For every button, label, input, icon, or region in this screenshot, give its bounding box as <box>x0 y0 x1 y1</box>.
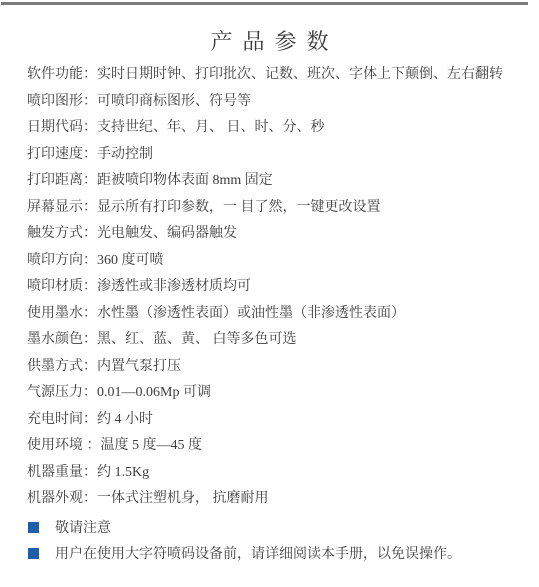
param-row: 使用墨水：水性墨（渗透性表面）或油性墨（非渗透性表面） <box>27 301 539 328</box>
top-border <box>1 2 528 5</box>
param-label: 使用环境 ： <box>27 438 101 453</box>
param-value: 支持世纪、年、月、 日、时、分、秒 <box>97 120 325 135</box>
notice-text: 敬请注意 <box>55 521 111 536</box>
param-row: 屏幕显示：显示所有打印参数，一 目了然，一键更改设置 <box>27 195 539 222</box>
param-value: 0.01—0.06Mp 可调 <box>97 385 211 400</box>
page-title: 产品参数 <box>0 30 539 54</box>
param-value: 黑、红、蓝、黄、 白等多色可选 <box>97 332 297 347</box>
param-value: 360 度可喷 <box>97 253 164 268</box>
param-value: 一体式注塑机身， 抗磨耐用 <box>97 491 269 506</box>
param-row: 供墨方式：内置气泵打压 <box>27 354 539 381</box>
notice-item: 用户在使用大字符喷码设备前，请详细阅读本手册，以免误操作。 <box>28 542 539 569</box>
param-row: 气源压力：0.01—0.06Mp 可调 <box>27 380 539 407</box>
notice-item: 敬请注意 <box>28 516 539 543</box>
param-row: 充电时间：约 4 小时 <box>27 407 539 434</box>
param-label: 屏幕显示： <box>27 200 97 215</box>
param-row: 打印距离：距被喷印物体表面 8mm 固定 <box>27 168 539 195</box>
bullet-square-icon <box>28 522 39 533</box>
param-value: 约 4 小时 <box>97 412 153 427</box>
param-label: 气源压力： <box>27 385 97 400</box>
param-value: 可喷印商标图形、符号等 <box>97 94 251 109</box>
param-label: 机器重量： <box>27 465 97 480</box>
param-label: 充电时间： <box>27 412 97 427</box>
param-row: 使用环境 ：温度 5 度—45 度 <box>27 433 539 460</box>
param-row: 日期代码：支持世纪、年、月、 日、时、分、秒 <box>27 115 539 142</box>
param-label: 使用墨水： <box>27 306 97 321</box>
param-value: 实时日期时钟、打印批次、记数、班次、字体上下颠倒、左右翻转 <box>97 67 503 82</box>
param-row: 墨水颜色：黑、红、蓝、黄、 白等多色可选 <box>27 327 539 354</box>
param-label: 打印距离： <box>27 173 97 188</box>
param-value: 内置气泵打压 <box>97 359 181 374</box>
param-row: 机器重量：约 1.5Kg <box>27 460 539 487</box>
param-label: 软件功能： <box>27 67 97 82</box>
param-label: 供墨方式： <box>27 359 97 374</box>
params-list: 软件功能：实时日期时钟、打印批次、记数、班次、字体上下颠倒、左右翻转 喷印图形：… <box>27 62 539 513</box>
notices: 敬请注意 用户在使用大字符喷码设备前，请详细阅读本手册，以免误操作。 <box>28 516 539 569</box>
param-label: 喷印图形： <box>27 94 97 109</box>
param-label: 打印速度： <box>27 147 97 162</box>
param-row: 打印速度：手动控制 <box>27 142 539 169</box>
param-value: 距被喷印物体表面 8mm 固定 <box>97 173 273 188</box>
param-label: 触发方式： <box>27 226 97 241</box>
param-row: 喷印图形：可喷印商标图形、符号等 <box>27 89 539 116</box>
param-value: 渗透性或非渗透材质均可 <box>97 279 251 294</box>
param-row: 喷印方向：360 度可喷 <box>27 248 539 275</box>
param-label: 喷印材质： <box>27 279 97 294</box>
param-label: 墨水颜色： <box>27 332 97 347</box>
param-value: 约 1.5Kg <box>97 465 149 480</box>
param-value: 光电触发、编码器触发 <box>97 226 237 241</box>
bullet-square-icon <box>28 548 39 559</box>
param-row: 喷印材质：渗透性或非渗透材质均可 <box>27 274 539 301</box>
param-value: 温度 5 度—45 度 <box>101 438 203 453</box>
param-label: 机器外观： <box>27 491 97 506</box>
param-row: 触发方式：光电触发、编码器触发 <box>27 221 539 248</box>
param-value: 手动控制 <box>97 147 153 162</box>
param-value: 水性墨（渗透性表面）或油性墨（非渗透性表面） <box>97 306 405 321</box>
param-row: 机器外观：一体式注塑机身， 抗磨耐用 <box>27 486 539 513</box>
param-value: 显示所有打印参数，一 目了然，一键更改设置 <box>97 200 381 215</box>
param-label: 喷印方向： <box>27 253 97 268</box>
param-label: 日期代码： <box>27 120 97 135</box>
manual-page: { "page": { "title": "产品参数", "colors": {… <box>0 0 539 587</box>
param-row: 软件功能：实时日期时钟、打印批次、记数、班次、字体上下颠倒、左右翻转 <box>27 62 539 89</box>
notice-text: 用户在使用大字符喷码设备前，请详细阅读本手册，以免误操作。 <box>55 547 461 562</box>
